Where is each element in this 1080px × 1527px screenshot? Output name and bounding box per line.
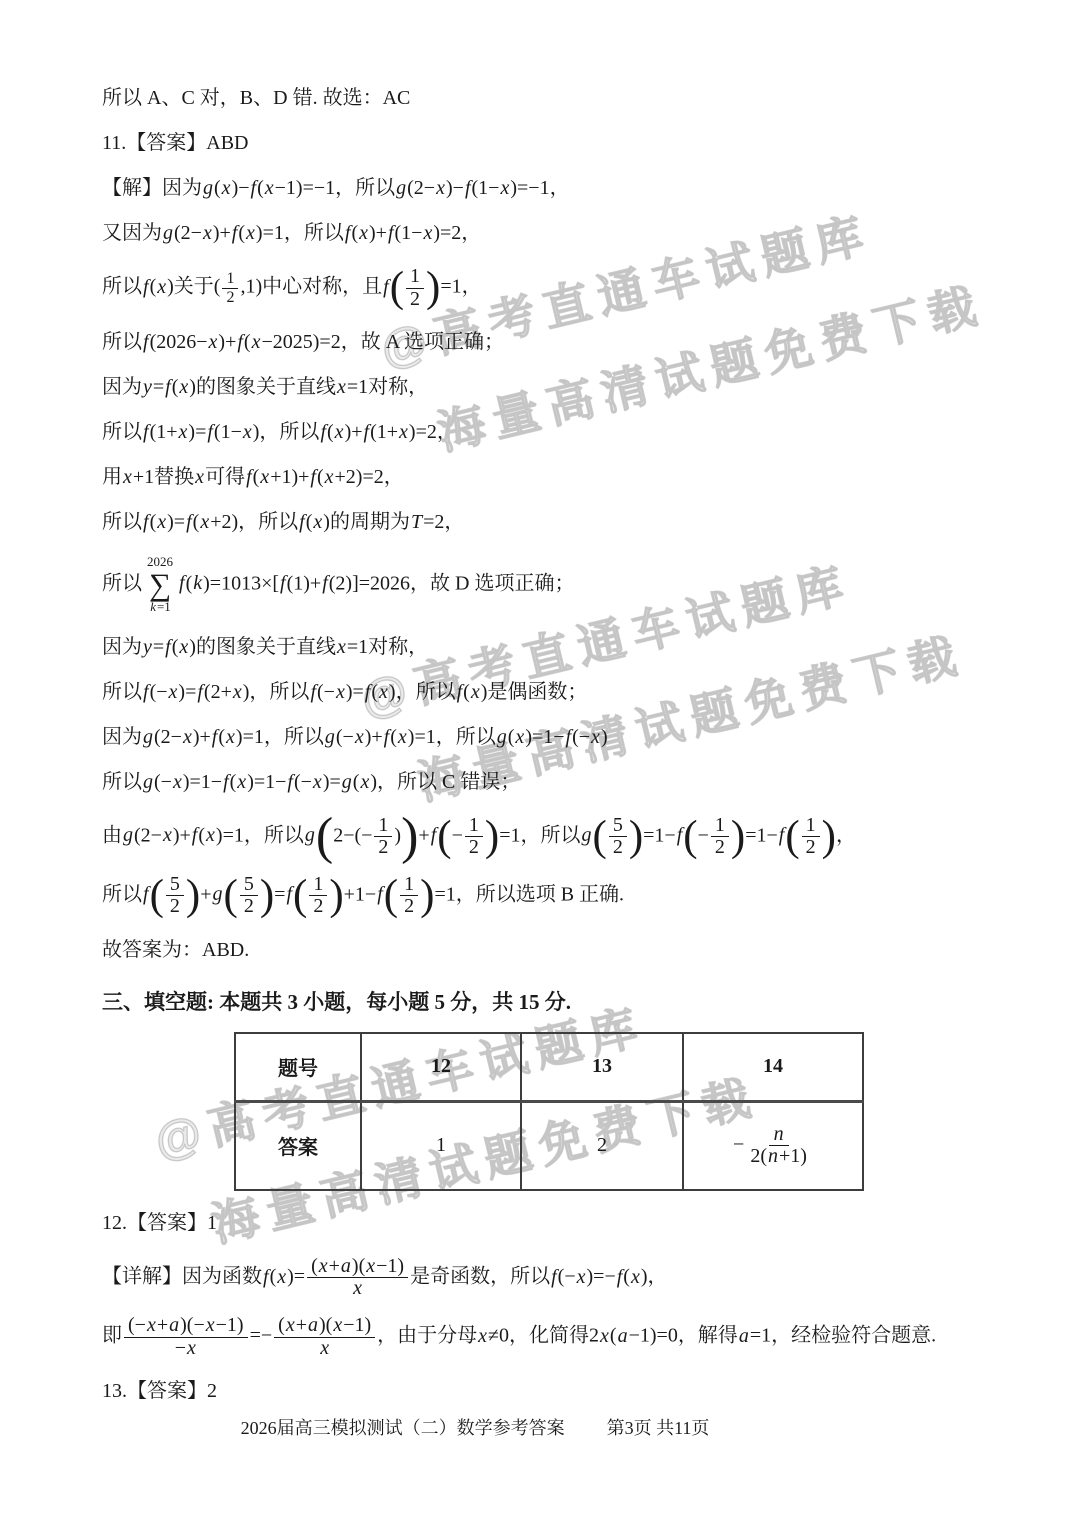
final-answer-11: 故答案为：ABD.	[102, 938, 988, 963]
table-cell-answer-label: 答案	[235, 1101, 361, 1190]
answer-11-label: 11.【答案】ABD	[102, 131, 988, 156]
solution-line: 即(−x+a)(−x−1)−x=−(x+a)(x−1)x，由于分母x≠0，化简得…	[102, 1315, 988, 1359]
solution-line: 因为y=f(x)的图象关于直线x=1对称，	[102, 375, 988, 400]
footer-title: 2026届高三模拟测试（二）数学参考答案	[241, 1418, 565, 1438]
solution-line: 所以f(x)=f(x+2)，所以f(x)的周期为T=2，	[102, 510, 988, 535]
answer-13-label: 13.【答案】2	[102, 1379, 988, 1404]
solution-line: 又因为g(2−x)+f(x)=1，所以f(x)+f(1−x)=2，	[102, 221, 988, 246]
table-cell-q13: 13	[521, 1033, 683, 1102]
table-answer-row: 答案 1 2 −n2(n+1)	[235, 1101, 863, 1190]
solution-line: 用x+1替换x可得f(x+1)+f(x+2)=2，	[102, 465, 988, 490]
footer-page-number: 第3页 共11页	[607, 1418, 710, 1438]
fill-in-answers-table: 题号 12 13 14 答案 1 2 −n2(n+1)	[234, 1032, 864, 1191]
solution-line: 【解】因为g(x)−f(x−1)=−1，所以g(2−x)−f(1−x)=−1，	[102, 176, 988, 201]
table-cell-question-label: 题号	[235, 1033, 361, 1102]
table-cell-q14: 14	[683, 1033, 863, 1102]
solution-line: 因为g(2−x)+f(x)=1，所以g(−x)+f(x)=1，所以g(x)=1−…	[102, 725, 988, 750]
solution-line: 所以f(x)关于(12,1)中心对称，且f(12)=1，	[102, 266, 988, 310]
table-cell-answer-14: −n2(n+1)	[683, 1101, 863, 1190]
page-footer: 2026届高三模拟测试（二）数学参考答案第3页 共11页	[0, 1416, 1080, 1440]
solution-line: 由g(2−x)+f(x)=1，所以g(2−(−12))+f(−12)=1，所以g…	[102, 815, 988, 859]
table-cell-answer-12: 1	[361, 1101, 521, 1190]
exam-answer-page: @高考直通车试题库 海量高清试题免费下载 @高考直通车试题库 海量高清试题免费下…	[0, 0, 1080, 1527]
solution-line-summation: 所以2026∑k=1f(k)=1013×[f(1)+f(2)]=2026，故 D…	[102, 555, 988, 614]
solution-line: 所以f(−x)=f(2+x)，所以f(−x)=f(x)，所以f(x)是偶函数；	[102, 680, 988, 705]
solution-line: 【详解】因为函数f(x)=(x+a)(x−1)x是奇函数，所以f(−x)=−f(…	[102, 1256, 988, 1300]
document-content: 所以 A、C 对，B、D 错. 故选：AC 11.【答案】ABD 【解】因为g(…	[102, 86, 988, 1424]
solution-line: 所以f(2026−x)+f(x−2025)=2，故 A 选项正确；	[102, 330, 988, 355]
section-heading: 三、填空题: 本题共 3 小题，每小题 5 分，共 15 分.	[102, 989, 988, 1016]
solution-line: 所以g(−x)=1−f(x)=1−f(−x)=g(x)，所以 C 错误；	[102, 770, 988, 795]
solution-line: 所以f(1+x)=f(1−x)，所以f(x)+f(1+x)=2，	[102, 420, 988, 445]
solution-line: 所以f(52)+g(52)=f(12)+1−f(12)=1，所以选项 B 正确.	[102, 874, 988, 918]
table-cell-q12: 12	[361, 1033, 521, 1102]
table-cell-answer-13: 2	[521, 1101, 683, 1190]
solution-line: 所以 A、C 对，B、D 错. 故选：AC	[102, 86, 988, 111]
solution-line: 因为y=f(x)的图象关于直线x=1对称，	[102, 635, 988, 660]
answer-12-label: 12.【答案】1	[102, 1211, 988, 1236]
table-header-row: 题号 12 13 14	[235, 1033, 863, 1102]
